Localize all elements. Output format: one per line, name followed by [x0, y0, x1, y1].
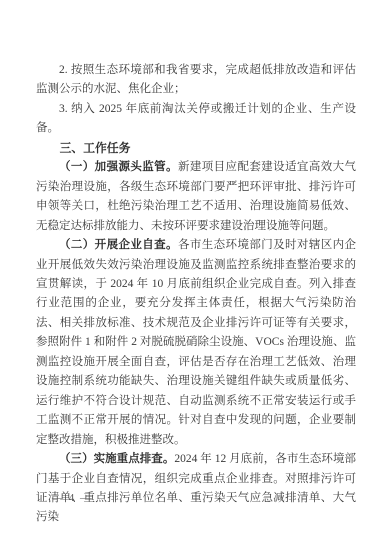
paragraph-2: （二）开展企业自查。各市生态环境部门及时对辖区内企业开展低效失效污染治理设施及监…: [36, 236, 356, 450]
document-body: 2. 按照生态环境部和我省要求，完成超低排放改造和评估监测公示的水泥、焦化企业；…: [36, 61, 356, 528]
paragraph-3: （三）实施重点排查。2024 年 12 月底前，各市生态环境部门基于企业自查情况…: [36, 450, 356, 528]
paragraph-2-body: 各市生态环境部门及时对辖区内企业开展低效失效污染治理设施及监测监控系统排查整治要…: [36, 239, 356, 446]
paragraph-3-lead: （三）实施重点排查。: [59, 453, 174, 465]
document-page: 2. 按照生态环境部和我省要求，完成超低排放改造和评估监测公示的水泥、焦化企业；…: [0, 0, 390, 551]
paragraph-1: （一）加强源头监管。新建项目应配套建设适宜高效大气污染治理设施，各级生态环境部门…: [36, 158, 356, 236]
numbered-item-3: 3. 纳入 2025 年底前淘汰关停或搬迁计划的企业、生产设备。: [36, 100, 356, 139]
paragraph-1-lead: （一）加强源头监管。: [59, 161, 178, 173]
page-number: — 4 —: [52, 492, 93, 504]
section-heading: 三、工作任务: [36, 139, 356, 158]
paragraph-2-lead: （二）开展企业自查。: [59, 239, 178, 251]
numbered-item-2: 2. 按照生态环境部和我省要求，完成超低排放改造和评估监测公示的水泥、焦化企业；: [36, 61, 356, 100]
